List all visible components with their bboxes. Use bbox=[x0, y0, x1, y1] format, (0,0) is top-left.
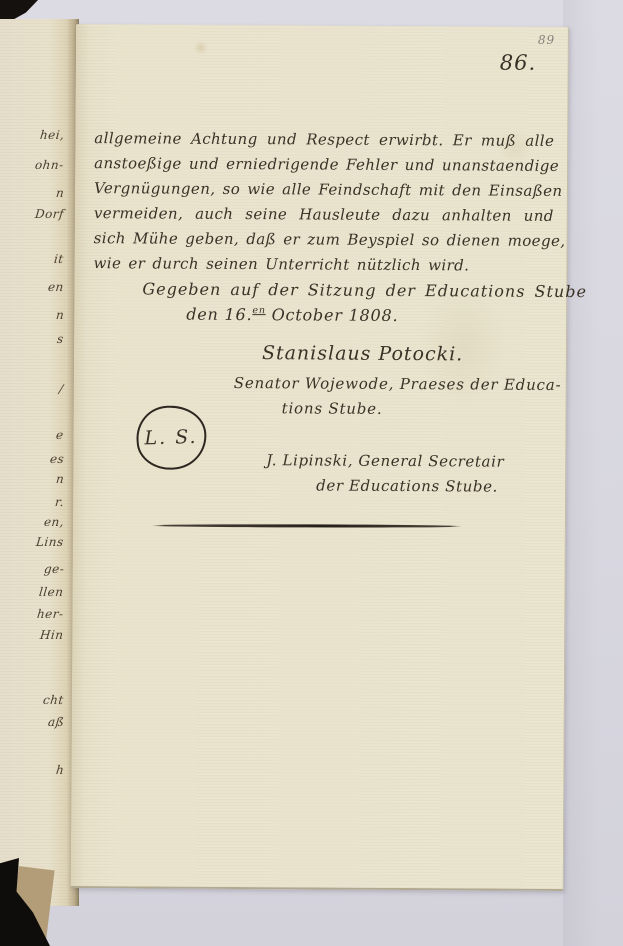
folio-number-pencil: 89 bbox=[538, 33, 555, 47]
facing-page-strip: hei, ohn- n Dorf it en n s / e es n r. e… bbox=[0, 19, 79, 906]
body-line: sich Mühe geben, daß er zum Beyspiel so … bbox=[94, 226, 554, 254]
margin-fragment: n bbox=[55, 308, 65, 322]
backing-sheet-shading bbox=[563, 0, 623, 946]
margin-fragment: n bbox=[55, 472, 65, 486]
margin-fragment: hei, bbox=[39, 128, 65, 142]
date-suffix: October 1808. bbox=[266, 305, 399, 325]
manuscript-page: 89 86. allgemeine Achtung und Respect er… bbox=[71, 24, 569, 891]
date-ordinal-superscript: en bbox=[252, 305, 265, 316]
seal-text: L. S. bbox=[145, 426, 199, 450]
body-line: Vergnügungen, so wie alle Feindschaft mi… bbox=[94, 176, 554, 204]
margin-fragment: Lins bbox=[36, 535, 65, 549]
secretary-signature-line2: der Educations Stube. bbox=[316, 476, 498, 495]
margin-fragment: Hin bbox=[40, 628, 65, 642]
secretary-signature-line1: J. Lipinski, General Secretair bbox=[266, 451, 504, 470]
margin-fragment: llen bbox=[39, 585, 65, 599]
body-line: wie er durch seinen Unterricht nützlich … bbox=[93, 251, 553, 279]
margin-fragment: n bbox=[55, 186, 65, 200]
margin-fragment: e bbox=[56, 428, 65, 442]
closing-rule bbox=[152, 524, 462, 527]
margin-fragment: her- bbox=[37, 607, 65, 621]
margin-fragment: ohn- bbox=[35, 158, 65, 172]
page-number: 86. bbox=[500, 51, 537, 75]
margin-fragment: en bbox=[47, 280, 64, 294]
margin-fragment: s bbox=[57, 332, 65, 346]
dateline-place: Gegeben auf der Sitzung der Educations S… bbox=[142, 279, 587, 301]
margin-fragment: it bbox=[54, 252, 65, 266]
dateline-date: den 16.en October 1808. bbox=[186, 305, 398, 325]
signature-title-line2: tions Stube. bbox=[282, 399, 383, 418]
manuscript-scan: hei, ohn- n Dorf it en n s / e es n r. e… bbox=[0, 0, 623, 946]
signature-name: Stanislaus Potocki. bbox=[262, 342, 463, 365]
margin-fragment: cht bbox=[42, 693, 64, 707]
signature-title-line1: Senator Wojewode, Praeses der Educa- bbox=[234, 374, 562, 394]
margin-fragment: aß bbox=[47, 715, 65, 729]
locus-sigilli-seal: L. S. bbox=[135, 403, 209, 471]
margin-fragment: / bbox=[59, 382, 65, 396]
margin-fragment: r. bbox=[54, 495, 65, 509]
body-line: allgemeine Achtung und Respect erwirbt. … bbox=[94, 126, 554, 154]
margin-fragment: Dorf bbox=[34, 207, 65, 221]
margin-fragment: ge- bbox=[43, 562, 65, 576]
date-prefix: den 16. bbox=[186, 305, 252, 324]
body-line: anstoeßige und erniedrigende Fehler und … bbox=[94, 151, 554, 179]
margin-fragment: en, bbox=[43, 515, 65, 529]
margin-fragment: h bbox=[55, 763, 65, 777]
body-paragraph: allgemeine Achtung und Respect erwirbt. … bbox=[93, 126, 554, 279]
body-line: vermeiden, auch seine Hausleute dazu anh… bbox=[94, 201, 554, 229]
margin-fragment: es bbox=[49, 452, 65, 466]
